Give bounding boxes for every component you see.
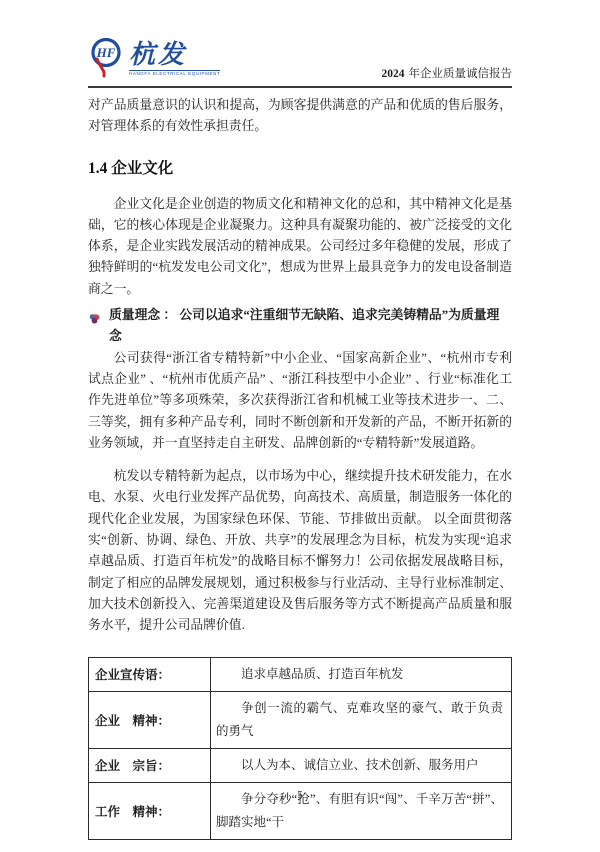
svg-text:HF: HF — [96, 45, 116, 60]
table-row: 企业宣传语： 追求卓越品质、打造百年杭发 — [89, 657, 512, 691]
brand-name: 杭发 — [129, 42, 220, 68]
culture-table: 企业宣传语： 追求卓越品质、打造百年杭发 企业 精神： 争创一流的霸气、克难攻坚… — [88, 657, 512, 840]
intro-paragraph: 对产品质量意识的认识和提高，为顾客提供满意的产品和优质的售后服务， 对管理体系的… — [88, 95, 512, 138]
company-logo: HF 杭发 HANGFA ELECTRICAL EQUIPMENT — [88, 36, 220, 83]
row-label: 企业 精神： — [89, 691, 211, 748]
document-page: HF 杭发 HANGFA ELECTRICAL EQUIPMENT 2024年企… — [0, 0, 600, 852]
hf-emblem-icon: HF — [88, 36, 124, 83]
report-title: 2024年企业质量诚信报告 — [382, 65, 513, 81]
table-row: 企业 精神： 争创一流的霸气、克难攻坚的豪气、敢于负责的勇气 — [89, 691, 512, 748]
document-body: 对产品质量意识的认识和提高，为顾客提供满意的产品和优质的售后服务， 对管理体系的… — [88, 95, 512, 840]
club-bullet-icon — [89, 310, 100, 331]
row-value: 争创一流的霸气、克难攻坚的豪气、敢于负责的勇气 — [211, 691, 512, 748]
section-heading: 1.4 企业文化 — [88, 156, 512, 178]
table-row: 企业 宗旨： 以人为本、诚信立业、技术创新、服务用户 — [89, 748, 512, 782]
report-title-text: 年企业质量诚信报告 — [409, 68, 513, 80]
row-value: 追求卓越品质、打造百年杭发 — [211, 657, 512, 691]
quality-belief-text: 质量理念 ： 公司以追求“注重细节无缺陷、追求完美铸精品”为质量理念 — [109, 305, 512, 348]
row-value: 以人为本、诚信立业、技术创新、服务用户 — [211, 748, 512, 782]
row-label: 企业宣传语： — [89, 657, 211, 691]
honors-paragraph: 公司获得“浙江省专精特新”中小企业、“国家高新企业”、“杭州市专利试点企业” 、… — [88, 348, 512, 454]
page-header: HF 杭发 HANGFA ELECTRICAL EQUIPMENT 2024年企… — [88, 36, 512, 88]
brand-subtext: HANGFA ELECTRICAL EQUIPMENT — [129, 70, 220, 77]
row-label: 企业 宗旨： — [89, 748, 211, 782]
culture-paragraph: 企业文化是企业创造的物质文化和精神文化的总和，其中精神文化是基础，它的核心体现是… — [88, 194, 512, 300]
strategy-paragraph: 杭发以专精特新为起点，以市场为中心，继续提升技术研发能力，在水电、水泵、火电行业… — [88, 466, 512, 636]
quality-belief-line: 质量理念 ： 公司以追求“注重细节无缺陷、追求完美铸精品”为质量理念 — [88, 305, 512, 348]
report-year: 2024 — [382, 68, 405, 80]
page-number: 5 — [0, 790, 600, 801]
brand-text-block: 杭发 HANGFA ELECTRICAL EQUIPMENT — [129, 42, 220, 77]
